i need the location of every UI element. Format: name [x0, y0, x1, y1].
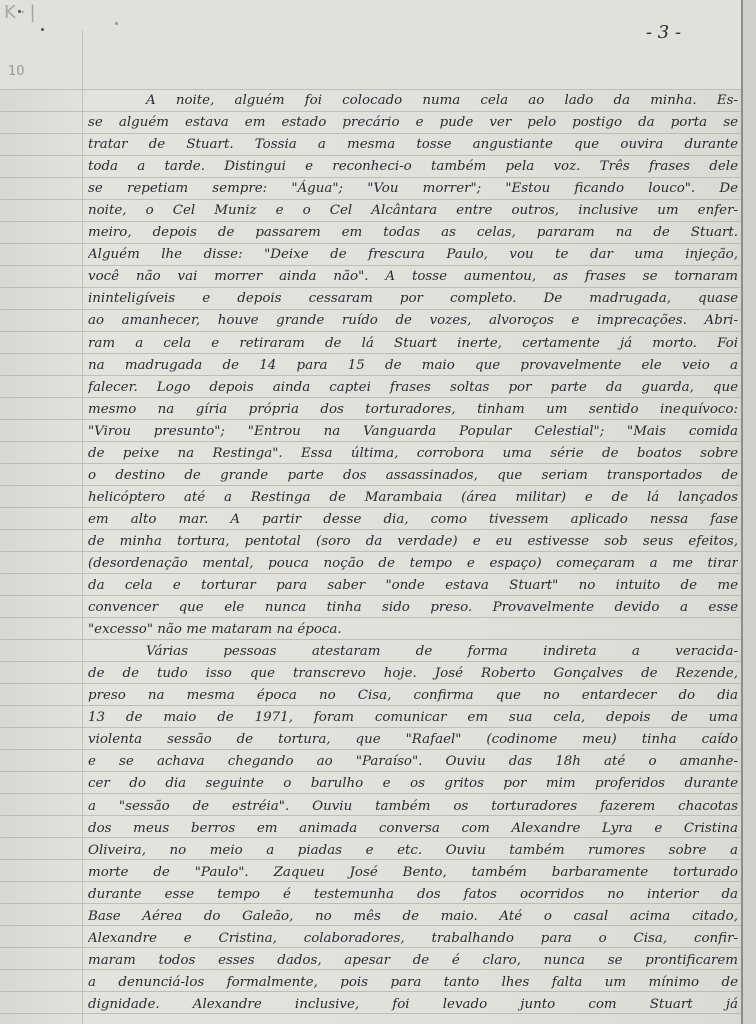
text-line: ininteligíveis e depois cessaram por com… [88, 286, 738, 308]
text-line: de peixe na Restinga". Essa última, corr… [88, 441, 738, 463]
text-line: convencer que ele nunca tinha sido preso… [88, 595, 738, 617]
text-line: Várias pessoas atestaram de forma indire… [88, 639, 738, 661]
left-margin-line [82, 30, 83, 1024]
text-line: mesmo na gíria própria dos torturadores,… [88, 397, 738, 419]
text-line: falecer. Logo depois ainda captei frases… [88, 375, 738, 397]
text-line: dos meus berros em animada conversa com … [88, 816, 738, 838]
handwritten-text-body: A noite, alguém foi colocado numa cela a… [88, 88, 738, 1014]
ink-dot [41, 28, 44, 31]
text-line: violenta sessão de tortura, que "Rafael"… [88, 727, 738, 749]
text-line: e se achava chegando ao "Paraíso". Ouviu… [88, 749, 738, 771]
page-number: - 3 - [646, 22, 681, 43]
ink-dot [115, 22, 118, 25]
text-line: Alexandre e Cristina, colaboradores, tra… [88, 926, 738, 948]
text-line: "excesso" não me mataram na época. [88, 617, 738, 639]
handwritten-document-page: K·| 10 - 3 - A noite, alguém foi colocad… [0, 0, 756, 1024]
text-line: dignidade. Alexandre inclusive, foi leva… [88, 992, 738, 1014]
text-line: o destino de grande parte dos assassinad… [88, 463, 738, 485]
page-edge-shadow [743, 0, 756, 1024]
corner-mark: K·| [4, 2, 40, 23]
text-line: Alguém lhe disse: "Deixe de frescura Pau… [88, 242, 738, 264]
text-line: cer do dia seguinte o barulho e os grito… [88, 771, 738, 793]
text-line: helicóptero até a Restinga de Marambaia … [88, 485, 738, 507]
text-line: se repetiam sempre: "Água"; "Vou morrer"… [88, 176, 738, 198]
ink-dot [18, 10, 21, 13]
text-line: se alguém estava em estado precário e pu… [88, 110, 738, 132]
text-line: em alto mar. A partir desse dia, como ti… [88, 507, 738, 529]
text-line: Oliveira, no meio a piadas e etc. Ouviu … [88, 838, 738, 860]
text-line: a denunciá-los formalmente, pois para ta… [88, 970, 738, 992]
text-line: morte de "Paulo". Zaqueu José Bento, tam… [88, 860, 738, 882]
text-line: da cela e torturar para saber "onde esta… [88, 573, 738, 595]
text-line: preso na mesma época no Cisa, confirma q… [88, 683, 738, 705]
margin-number: 10 [8, 64, 25, 79]
text-line: na madrugada de 14 para 15 de maio que p… [88, 353, 738, 375]
text-line: ram a cela e retiraram de lá Stuart iner… [88, 331, 738, 353]
text-line: tratar de Stuart. Tossia a mesma tosse a… [88, 132, 738, 154]
text-line: de minha tortura, pentotal (soro da verd… [88, 529, 738, 551]
text-line: Base Aérea do Galeão, no mês de maio. At… [88, 904, 738, 926]
text-line: de de tudo isso que transcrevo hoje. Jos… [88, 661, 738, 683]
text-line: A noite, alguém foi colocado numa cela a… [88, 88, 738, 110]
text-line: ao amanhecer, houve grande ruído de voze… [88, 308, 738, 330]
text-line: maram todos esses dados, apesar de é cla… [88, 948, 738, 970]
text-line: toda a tarde. Distingui e reconheci-o ta… [88, 154, 738, 176]
text-line: noite, o Cel Muniz e o Cel Alcântara ent… [88, 198, 738, 220]
text-line: (desordenação mental, pouca noção de tem… [88, 551, 738, 573]
text-line: 13 de maio de 1971, foram comunicar em s… [88, 705, 738, 727]
text-line: "Virou presunto"; "Entrou na Vanguarda P… [88, 419, 738, 441]
text-line: a "sessão de estréia". Ouviu também os t… [88, 794, 738, 816]
text-line: meiro, depois de passarem em todas as ce… [88, 220, 738, 242]
page-header-area [0, 0, 742, 89]
text-line: você não vai morrer ainda não". A tosse … [88, 264, 738, 286]
text-line: durante esse tempo é testemunha dos fato… [88, 882, 738, 904]
